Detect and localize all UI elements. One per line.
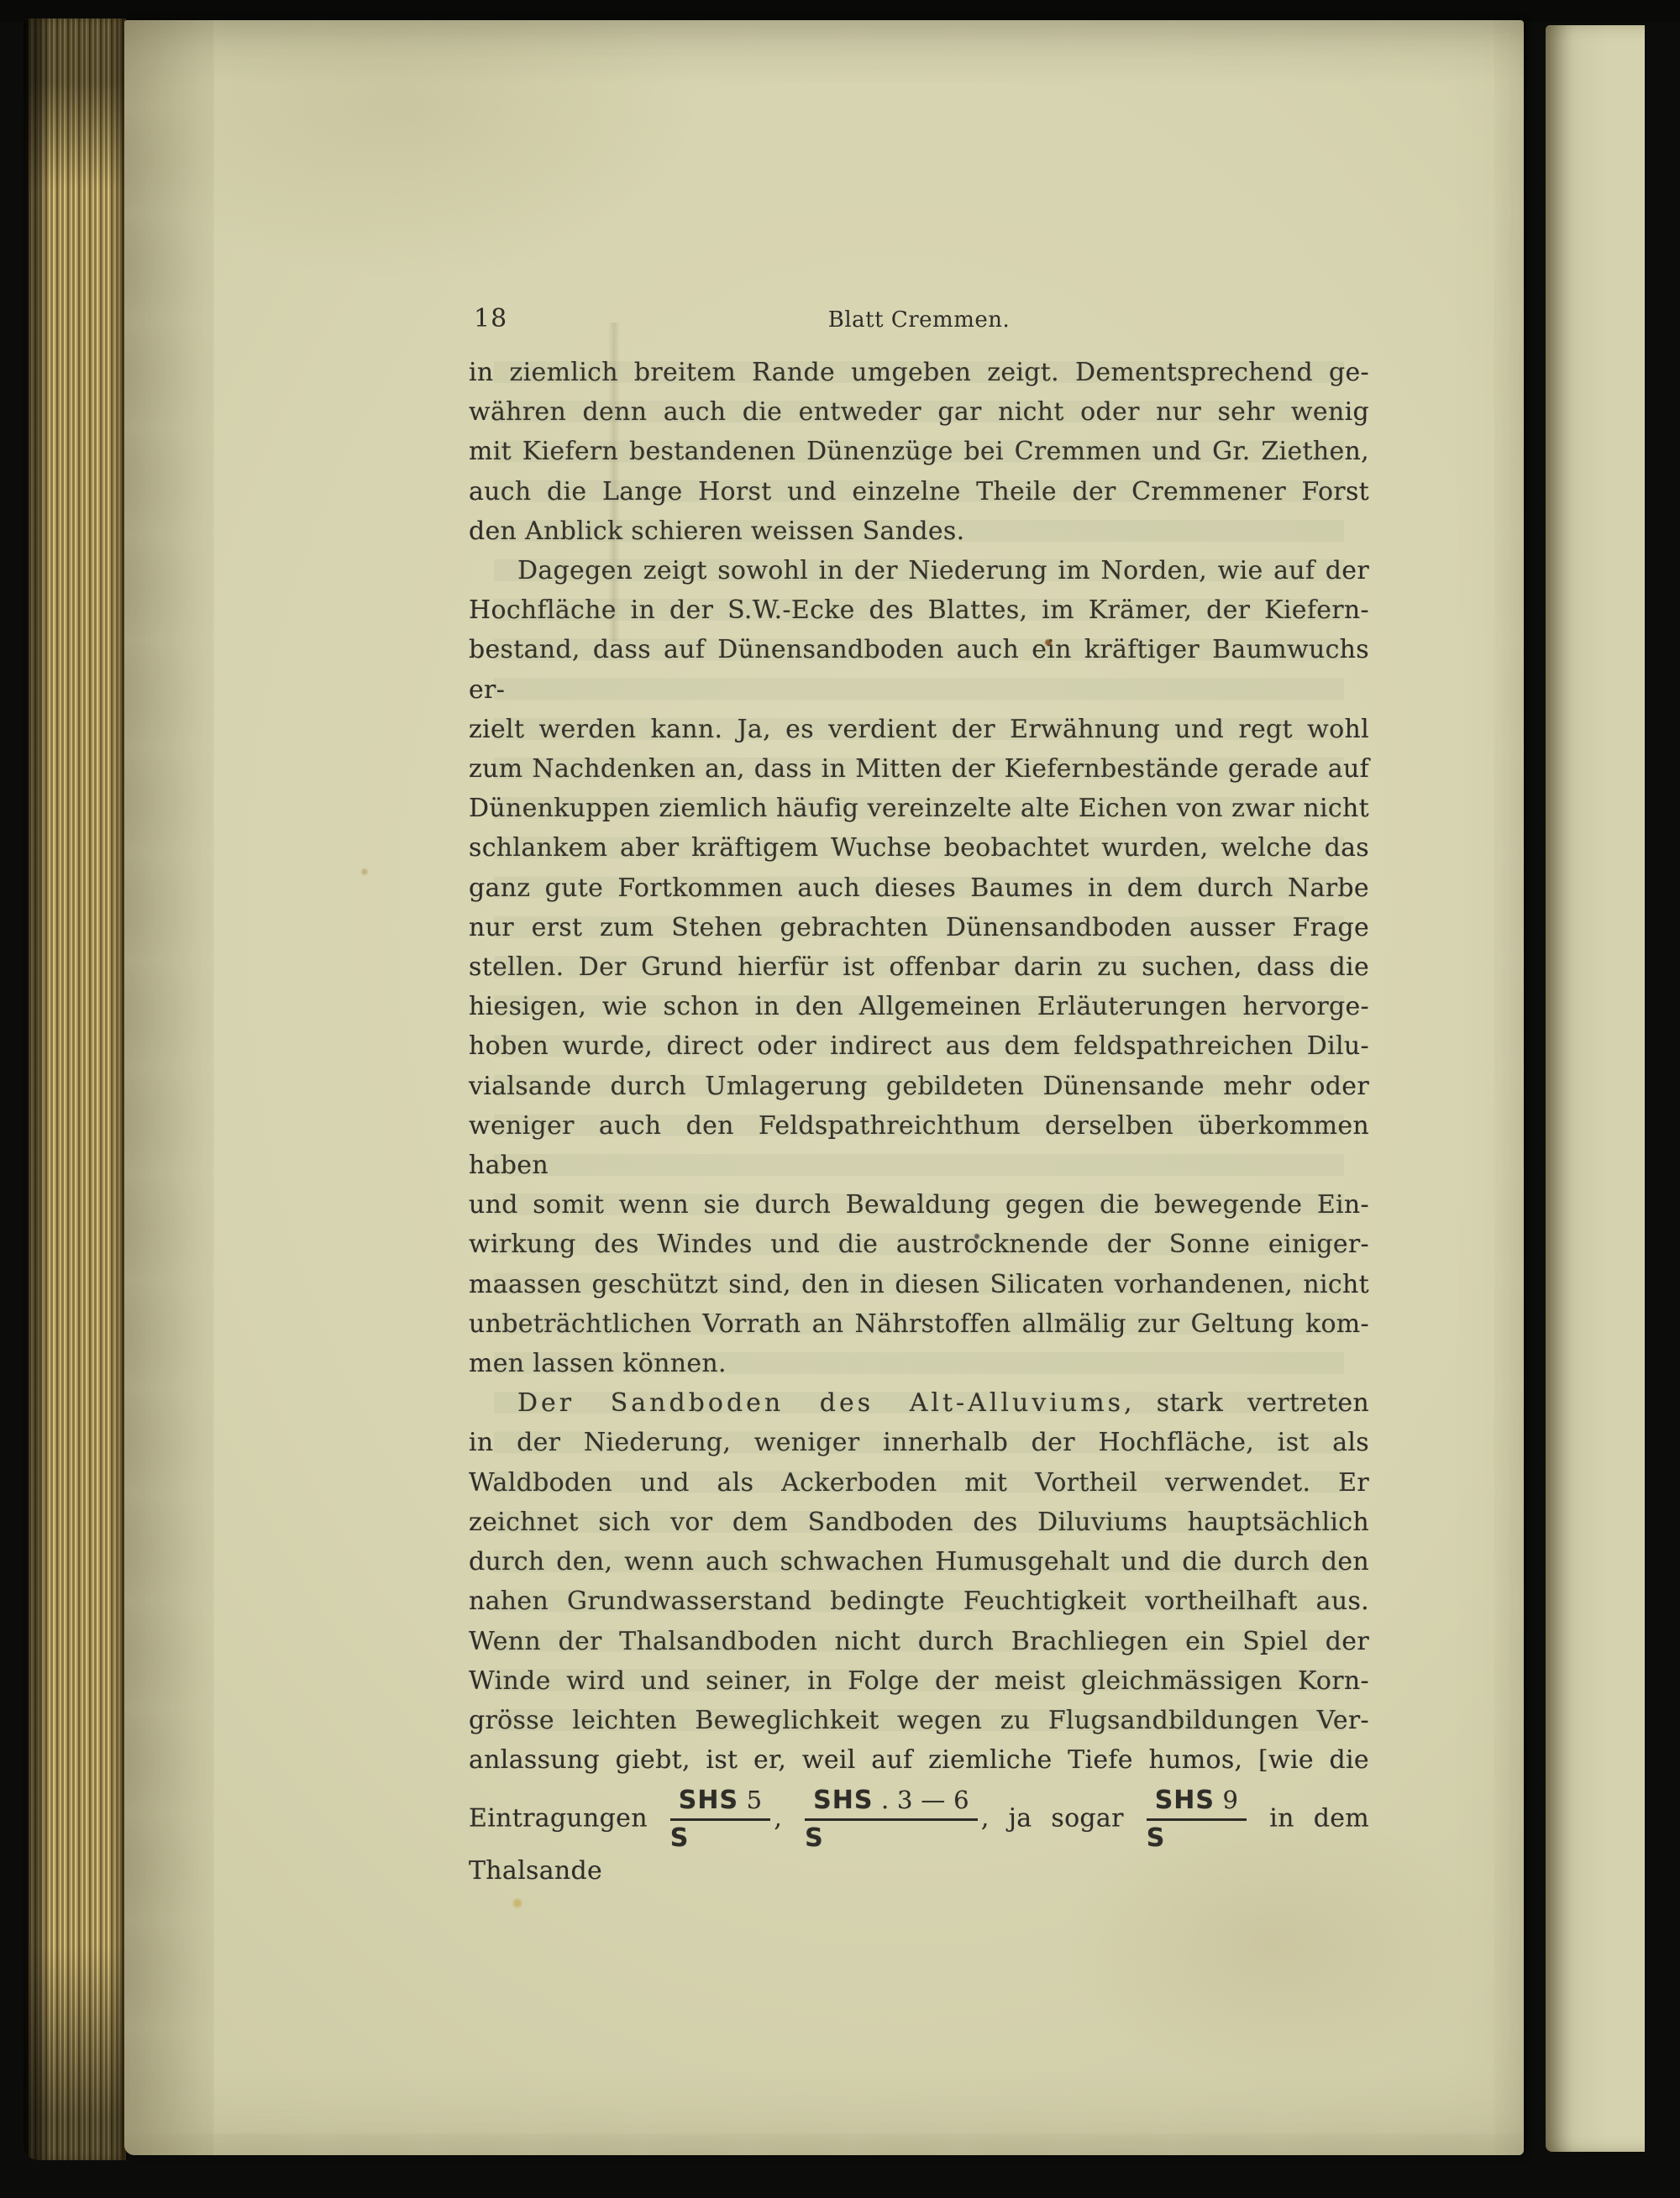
text-segment: grösse leichten Beweglichkeit wegen zu F… — [469, 1706, 1369, 1735]
text-line: Winde wird und seiner, in Folge der meis… — [469, 1661, 1369, 1701]
text-segment: zeichnet sich vor dem Sandboden des Dilu… — [469, 1508, 1369, 1537]
text-line: mit Kiefern bestandenen Dünenzüge bei Cr… — [469, 432, 1369, 471]
text-line: maassen geschützt sind, den in diesen Si… — [469, 1265, 1369, 1304]
text-segment: stellen. Der Grund hierfür ist offenbar … — [469, 952, 1369, 982]
text-line: zeichnet sich vor dem Sandboden des Dilu… — [469, 1503, 1369, 1542]
text-segment: vialsande durch Umlagerung gebildeten Dü… — [469, 1072, 1369, 1101]
text-line: zielt werden kann. Ja, es verdient der E… — [469, 710, 1369, 749]
text-segment: und somit wenn sie durch Bewaldung gegen… — [469, 1190, 1369, 1220]
text-line: anlassung giebt, ist er, weil auf ziemli… — [469, 1740, 1369, 1780]
text-line: den Anblick schieren weissen Sandes. — [469, 511, 1369, 551]
text-line: Dünenkuppen ziemlich häufig vereinzelte … — [469, 789, 1369, 828]
text-segment: weniger auch den Feldspathreichthum ders… — [469, 1111, 1369, 1180]
text-segment: wirkung des Windes und die austrocknende… — [469, 1230, 1369, 1259]
text-segment: , stark vertreten — [1124, 1388, 1369, 1418]
text-segment: unbeträchtlichen Vorrath an Nährstoffen … — [469, 1309, 1369, 1339]
text-line: durch den, wenn auch schwachen Humusgeha… — [469, 1542, 1369, 1582]
book-scan: 18 Blatt Cremmen. in ziemlich breitem Ra… — [0, 0, 1680, 2198]
text-line: men lassen können. — [469, 1344, 1369, 1383]
text-segment: anlassung giebt, ist er, weil auf ziemli… — [469, 1745, 1369, 1775]
text-segment: in ziemlich breitem Rande umgeben zeigt.… — [469, 358, 1369, 387]
text-segment: währen denn auch die entweder gar nicht … — [469, 397, 1369, 427]
text-line: in ziemlich breitem Rande umgeben zeigt.… — [469, 353, 1369, 392]
facing-page-sliver — [1546, 25, 1645, 2152]
soil-symbol-fraction: SHS 9S — [1147, 1788, 1247, 1851]
book-page-edges — [24, 18, 126, 2160]
text-line-with-fractions: Eintragungen SHS 5S, SHS . 3 — 6S, ja so… — [469, 1788, 1369, 1891]
text-line: hoben wurde, direct oder indirect aus de… — [469, 1026, 1369, 1066]
running-title: Blatt Cremmen. — [469, 307, 1369, 333]
text-line: und somit wenn sie durch Bewaldung gegen… — [469, 1185, 1369, 1225]
text-line: zum Nachdenken an, dass in Mitten der Ki… — [469, 749, 1369, 789]
text-segment: bestand, dass auf Dünensandboden auch ei… — [469, 635, 1369, 704]
text-segment: Dagegen zeigt sowohl in der Niederung im… — [517, 556, 1369, 585]
text-segment: Winde wird und seiner, in Folge der meis… — [469, 1666, 1369, 1696]
text-line: weniger auch den Feldspathreichthum ders… — [469, 1106, 1369, 1185]
text-line: nur erst zum Stehen gebrachten Dünensand… — [469, 908, 1369, 947]
text-segment: auch die Lange Horst und einzelne Theile… — [469, 477, 1369, 506]
text-line: Waldboden und als Ackerboden mit Vorthei… — [469, 1463, 1369, 1503]
soil-symbol-fraction: SHS 5S — [670, 1788, 771, 1851]
text-line: Hochfläche in der S.W.-Ecke des Blattes,… — [469, 590, 1369, 630]
text-line: auch die Lange Horst und einzelne Theile… — [469, 472, 1369, 511]
text-segment: nahen Grundwasserstand bedingte Feuchtig… — [469, 1587, 1369, 1616]
text-line: ganz gute Fortkommen auch dieses Baumes … — [469, 868, 1369, 908]
text-line: Wenn der Thalsandboden nicht durch Brach… — [469, 1622, 1369, 1661]
text-segment: hoben wurde, direct oder indirect aus de… — [469, 1031, 1369, 1061]
text-line: in der Niederung, weniger innerhalb der … — [469, 1423, 1369, 1462]
text-segment: schlankem aber kräftigem Wuchse beobacht… — [469, 833, 1369, 863]
text-segment: , ja sogar — [981, 1804, 1143, 1833]
text-line: Dagegen zeigt sowohl in der Niederung im… — [469, 551, 1369, 590]
text-segment: Eintragungen — [469, 1804, 667, 1833]
text-segment: Waldboden und als Ackerboden mit Vorthei… — [469, 1468, 1369, 1498]
text-segment: mit Kiefern bestandenen Dünenzüge bei Cr… — [469, 437, 1369, 466]
text-segment: , — [774, 1804, 801, 1833]
text-line: Der Sandboden des Alt-Alluviums, stark v… — [469, 1383, 1369, 1423]
text-segment: nur erst zum Stehen gebrachten Dünensand… — [469, 913, 1369, 942]
text-line: schlankem aber kräftigem Wuchse beobacht… — [469, 828, 1369, 868]
text-line: nahen Grundwasserstand bedingte Feuchtig… — [469, 1582, 1369, 1621]
text-segment: den Anblick schieren weissen Sandes. — [469, 517, 964, 546]
text-line: bestand, dass auf Dünensandboden auch ei… — [469, 630, 1369, 709]
text-segment: durch den, wenn auch schwachen Humusgeha… — [469, 1547, 1369, 1576]
soil-symbol-fraction: SHS . 3 — 6S — [805, 1788, 978, 1851]
letterspaced-term: Der Sandboden des Alt-Alluviums — [517, 1388, 1124, 1418]
text-segment: in der Niederung, weniger innerhalb der … — [469, 1428, 1369, 1457]
text-line: grösse leichten Beweglichkeit wegen zu F… — [469, 1701, 1369, 1740]
text-segment: zum Nachdenken an, dass in Mitten der Ki… — [469, 754, 1369, 784]
text-line: wirkung des Windes und die austrocknende… — [469, 1225, 1369, 1264]
text-line: vialsande durch Umlagerung gebildeten Dü… — [469, 1067, 1369, 1106]
text-segment: Wenn der Thalsandboden nicht durch Brach… — [469, 1627, 1369, 1656]
scanned-page: 18 Blatt Cremmen. in ziemlich breitem Ra… — [124, 20, 1524, 2155]
text-line: unbeträchtlichen Vorrath an Nährstoffen … — [469, 1304, 1369, 1344]
text-segment: men lassen können. — [469, 1349, 727, 1378]
text-segment: zielt werden kann. Ja, es verdient der E… — [469, 715, 1369, 744]
text-segment: Hochfläche in der S.W.-Ecke des Blattes,… — [469, 595, 1369, 625]
text-segment: Dünenkuppen ziemlich häufig vereinzelte … — [469, 794, 1369, 823]
running-header: 18 Blatt Cremmen. — [469, 304, 1369, 341]
text-block: in ziemlich breitem Rande umgeben zeigt.… — [469, 353, 1369, 1891]
text-segment: maassen geschützt sind, den in diesen Si… — [469, 1270, 1369, 1299]
text-line: währen denn auch die entweder gar nicht … — [469, 392, 1369, 432]
text-line: stellen. Der Grund hierfür ist offenbar … — [469, 947, 1369, 987]
text-segment: ganz gute Fortkommen auch dieses Baumes … — [469, 873, 1369, 903]
text-segment: hiesigen, wie schon in den Allgemeinen E… — [469, 992, 1369, 1021]
text-line: hiesigen, wie schon in den Allgemeinen E… — [469, 987, 1369, 1026]
